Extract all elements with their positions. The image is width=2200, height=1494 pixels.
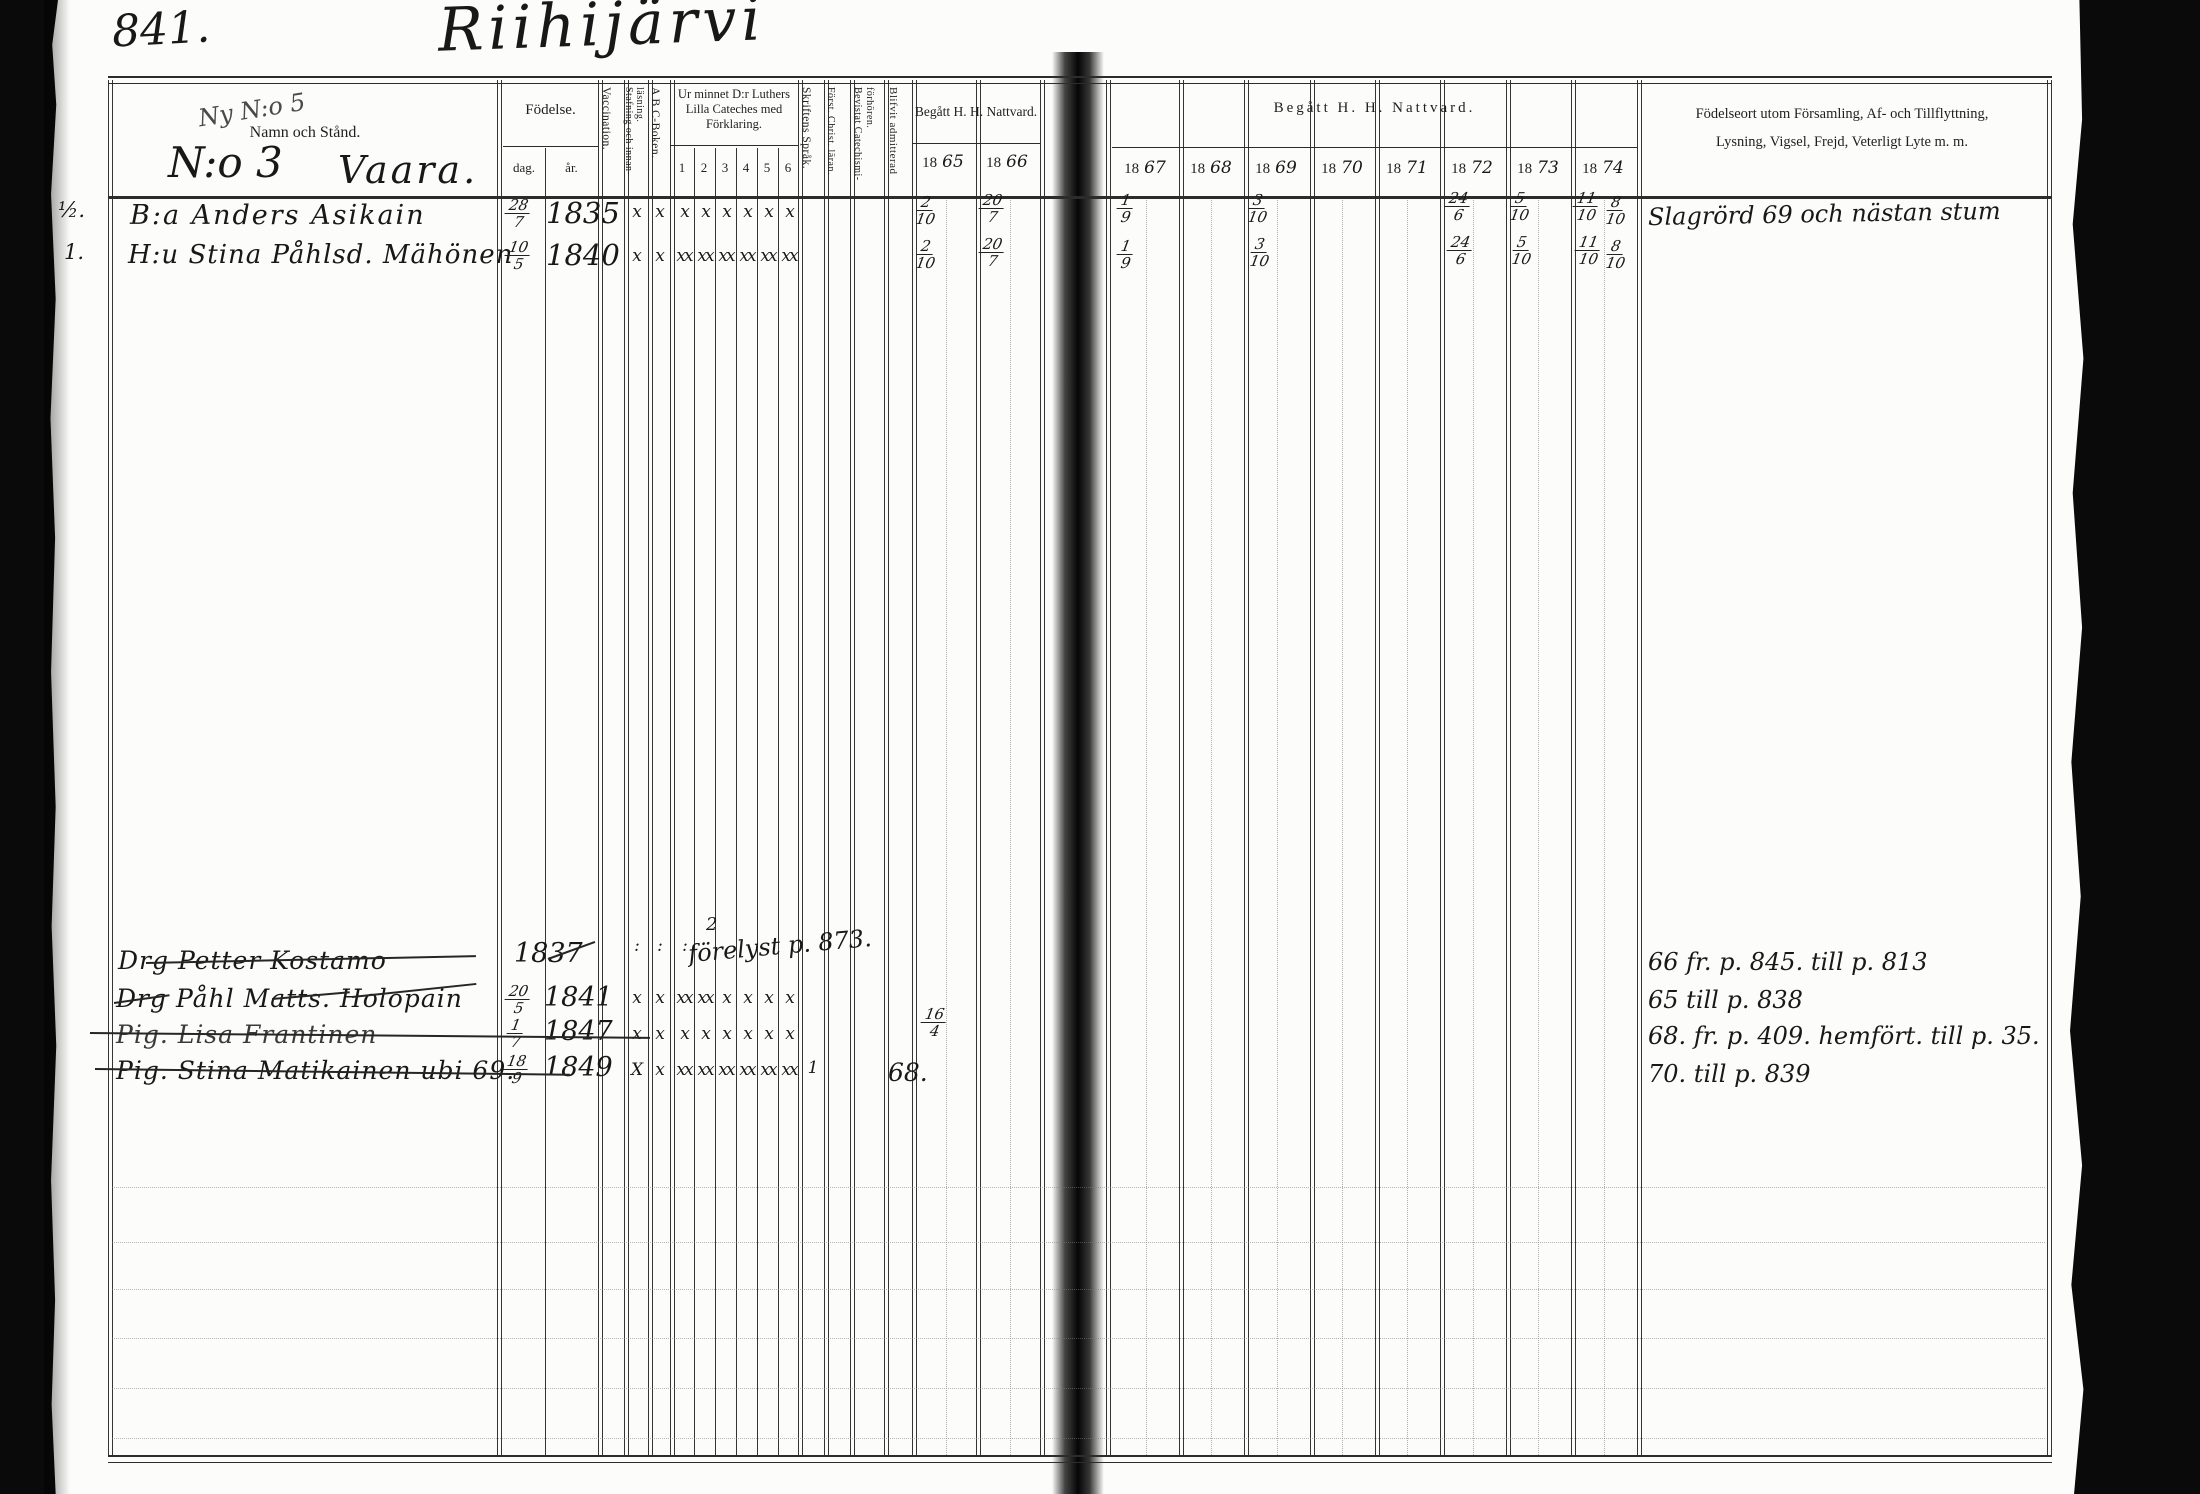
grid-line: [108, 76, 2052, 78]
communion-date: 510: [1510, 190, 1529, 223]
page-title: Riihijärvi: [437, 0, 767, 66]
grid-line: [1342, 200, 1344, 1455]
page-number: 841.: [111, 1, 212, 57]
birth-year: 1841: [544, 982, 613, 1013]
grid-line: [2047, 80, 2048, 1455]
scanned-ledger-page: 841. Riihijärvi Ny N:o 5 N:o 3 Vaara. Na…: [0, 0, 2200, 1494]
year-1866: 1866: [978, 152, 1036, 172]
grid-line: [802, 80, 803, 1455]
communion-date: 207: [980, 192, 1005, 225]
header-stafning: Stafning och innan-läsning.: [623, 87, 648, 195]
x-mark: X: [624, 1060, 648, 1080]
header-nattvard-left: Begått H. H. Nattvard.: [912, 104, 1040, 120]
grid-line: [1179, 80, 1180, 1455]
grid-line: [1244, 80, 1245, 1455]
header-admitterad: Blifvit admitterad: [887, 87, 911, 195]
grid-line: [108, 1455, 2052, 1457]
remark-note: 65 till p. 838: [1648, 986, 1803, 1014]
grid-line: [598, 80, 599, 1455]
x-mark: x: [624, 988, 648, 1008]
communion-date: 1110: [1576, 234, 1601, 267]
header-skriftens: Skriftens Språk.: [800, 87, 824, 195]
x-mark: xx: [777, 1060, 801, 1080]
grid-line: [108, 196, 2052, 199]
grid-line: [912, 143, 1040, 144]
remark-note: Slagrörd 69 och nästan stum: [1648, 197, 2001, 231]
birth-day: 287: [506, 197, 531, 230]
margin-mark: 1.: [64, 240, 84, 264]
birth-day: 105: [506, 239, 531, 272]
communion-date: 164: [922, 1006, 947, 1039]
grid-line: [2051, 80, 2052, 1455]
year-1873: 1873: [1509, 158, 1567, 178]
grid-line: [778, 148, 779, 1455]
grid-line: [912, 80, 913, 1455]
communion-date: 1110: [1574, 190, 1599, 223]
birth-year: 1840: [546, 238, 620, 272]
header-abc-boken: A B C-Boken.: [649, 87, 670, 195]
grid-line: [545, 148, 546, 1455]
communion-date: 210: [916, 238, 935, 271]
grid-line: [112, 1438, 2045, 1439]
skriftens-mark: 1: [800, 1058, 824, 1078]
birth-year: 1837: [514, 938, 583, 969]
grid-line: [674, 80, 675, 1455]
x-mark: x: [624, 246, 648, 266]
margin-mark: ½.: [58, 198, 85, 222]
grid-line: [980, 80, 981, 1455]
grid-line: [736, 148, 737, 1455]
header-forst-christ: Först. Christ. läran.: [825, 87, 850, 195]
grid-line: [670, 80, 671, 1455]
birth-year: 1849: [544, 1052, 613, 1083]
grid-line: [1575, 80, 1576, 1455]
x-mark: x: [777, 988, 801, 1008]
grid-line: [1641, 80, 1642, 1455]
grid-line: [628, 80, 629, 1455]
header-dag: dag.: [503, 160, 545, 176]
header-fodelse: Födelse.: [503, 102, 598, 119]
header-cateches-col-6: 6: [778, 160, 798, 176]
grid-line: [828, 80, 829, 1455]
header-fodelseort-line1: Födelseort utom Församling, Af- och Till…: [1652, 106, 2032, 123]
x-mark: x: [624, 1024, 648, 1044]
communion-date: 210: [916, 194, 935, 227]
grid-line: [824, 80, 825, 1455]
communion-date: 207: [980, 236, 1005, 269]
header-cateches: Ur minnet D:r Luthers Lilla Cateches med…: [672, 87, 796, 132]
grid-line: [715, 148, 716, 1455]
grid-line: [1040, 80, 1041, 1455]
grid-line: [108, 1462, 2052, 1463]
header-ar: år.: [545, 160, 598, 176]
grid-line: [1044, 80, 1045, 1455]
header-vaccination: Vaccination.: [600, 87, 624, 195]
scan-border-left-fade: [44, 0, 70, 1494]
grid-line: [112, 1388, 2045, 1389]
communion-date: 19: [1118, 192, 1134, 225]
grid-line: [1379, 80, 1380, 1455]
year-1868: 1868: [1182, 158, 1240, 178]
grid-line: [1444, 80, 1445, 1455]
grid-line: [670, 145, 798, 146]
house-number: N:o 3: [168, 138, 283, 187]
x-mark: x: [647, 988, 671, 1008]
communion-date: 246: [1448, 234, 1473, 267]
grid-line: [946, 200, 948, 1455]
header-namn: Namn och Stånd.: [112, 124, 498, 142]
entry-name: Drg Påhl Matts. Holopain: [116, 984, 463, 1013]
grid-line: [1314, 80, 1315, 1455]
grid-line: [976, 80, 977, 1455]
x-mark: xx: [777, 246, 801, 266]
communion-date: 310: [1250, 236, 1269, 269]
grid-line: [1110, 80, 1111, 1455]
x-mark: x: [647, 1024, 671, 1044]
birth-day: 189: [504, 1053, 529, 1086]
communion-date: 810: [1606, 194, 1625, 227]
scan-border-right: [2066, 0, 2200, 1494]
grid-line: [1510, 80, 1511, 1455]
admitterad-value: 68.: [888, 1058, 928, 1087]
grid-line: [1248, 80, 1249, 1455]
grid-line: [1473, 200, 1475, 1455]
grid-line: [501, 80, 502, 1455]
communion-date: 510: [1512, 234, 1531, 267]
year-1874: 1874: [1574, 158, 1632, 178]
grid-line: [112, 1338, 2045, 1339]
grid-line: [1211, 200, 1213, 1455]
grid-line: [850, 80, 851, 1455]
communion-date: 19: [1118, 238, 1134, 271]
grid-line: [503, 146, 598, 147]
grid-line: [1407, 200, 1409, 1455]
birth-day: 17: [508, 1017, 524, 1050]
year-1870: 1870: [1313, 158, 1371, 178]
colon-mark: :: [624, 936, 648, 956]
grid-line: [1538, 200, 1540, 1455]
birth-year: 1847: [544, 1016, 613, 1047]
remark-note: 70. till p. 839: [1648, 1060, 1811, 1088]
year-1872: 1872: [1443, 158, 1501, 178]
x-mark: x: [624, 202, 648, 222]
grid-line: [757, 148, 758, 1455]
header-cateches-col-2: 2: [694, 160, 714, 176]
grid-line: [1506, 80, 1507, 1455]
communion-date: 246: [1446, 190, 1471, 223]
x-mark: x: [777, 202, 801, 222]
header-nattvard-right: Begått H. H. Nattvard.: [1112, 100, 1637, 117]
grid-line: [652, 80, 653, 1455]
grid-line: [648, 80, 649, 1455]
header-cateches-col-4: 4: [736, 160, 756, 176]
grid-line: [112, 1289, 2045, 1290]
village-name: Vaara.: [338, 148, 478, 192]
grid-line: [1571, 80, 1572, 1455]
birth-day: 205: [506, 983, 531, 1016]
grid-line: [624, 80, 625, 1455]
grid-line: [112, 1242, 2045, 1243]
grid-line: [1277, 200, 1279, 1455]
grid-line: [1604, 200, 1606, 1455]
grid-line: [1146, 200, 1148, 1455]
page-gutter-shadow: [1052, 52, 1104, 1494]
grid-line: [112, 1187, 2045, 1188]
entry-name: H:u Stina Påhlsd. Mähönen: [128, 240, 513, 270]
x-mark: x: [777, 1024, 801, 1044]
grid-line: [888, 80, 889, 1455]
communion-date: 810: [1606, 238, 1625, 271]
header-cateches-col-3: 3: [715, 160, 735, 176]
entry-name: B:a Anders Asikain: [130, 200, 426, 231]
x-mark: x: [647, 246, 671, 266]
grid-line: [854, 80, 855, 1455]
superscript-note: 2: [706, 914, 717, 935]
grid-line: [884, 80, 885, 1455]
birth-year: 1835: [546, 196, 620, 230]
grid-line: [1310, 80, 1311, 1455]
grid-line: [694, 148, 695, 1455]
grid-line: [1440, 80, 1441, 1455]
remark-note: 68. fr. p. 409. hemfört. till p. 35.: [1648, 1022, 2040, 1050]
grid-line: [1637, 80, 1638, 1455]
header-bevistat: Bevistat Catechismi-förhören.: [851, 87, 884, 195]
grid-line: [1106, 80, 1107, 1455]
grid-line: [1010, 200, 1012, 1455]
grid-line: [112, 80, 113, 1455]
x-mark: x: [647, 1060, 671, 1080]
year-1865: 1865: [914, 152, 972, 172]
grid-line: [108, 80, 109, 1455]
x-mark: x: [647, 202, 671, 222]
colon-mark: :: [647, 936, 671, 956]
grid-line: [497, 80, 498, 1455]
grid-line: [798, 80, 799, 1455]
grid-line: [1183, 80, 1184, 1455]
grid-line: [1112, 147, 1637, 148]
grid-line: [1375, 80, 1376, 1455]
grid-line: [108, 83, 2052, 84]
header-cateches-col-5: 5: [757, 160, 777, 176]
year-1867: 1867: [1116, 158, 1174, 178]
header-fodelseort-line2: Lysning, Vigsel, Frejd, Veterligt Lyte m…: [1652, 134, 2032, 151]
remark-note: 66 fr. p. 845. till p. 813: [1648, 948, 1928, 976]
year-1871: 1871: [1378, 158, 1436, 178]
year-1869: 1869: [1247, 158, 1305, 178]
communion-date: 310: [1248, 192, 1267, 225]
header-cateches-col-1: 1: [672, 160, 692, 176]
grid-line: [602, 80, 603, 1455]
grid-line: [916, 80, 917, 1455]
